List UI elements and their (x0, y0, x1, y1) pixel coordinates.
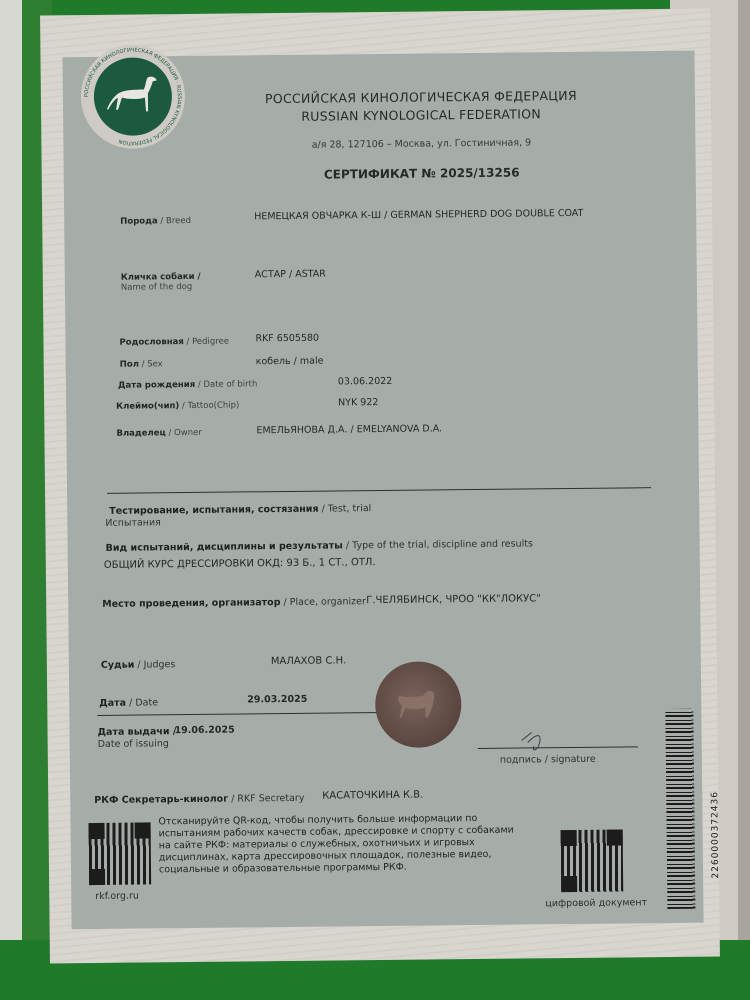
digital-document-qr-code[interactable] (561, 829, 624, 892)
seal-dog-icon (375, 661, 462, 748)
judges-label: Судьи / Judges (101, 659, 176, 671)
background-left-edge (0, 0, 22, 940)
rkf-site-qr-code[interactable] (89, 822, 152, 885)
signature-label: подпись / signature (500, 754, 596, 766)
place-value: Г.ЧЕЛЯБИНСК, ЧРОО "КК"ЛОКУС" (366, 593, 541, 606)
sex-label: Пол / Sex (120, 359, 163, 369)
test-value: Испытания (105, 517, 161, 529)
digital-document-label: цифровой документ (545, 897, 647, 909)
pedigree-value: RKF 6505580 (255, 333, 319, 345)
date-label: Дата / Date (99, 697, 158, 709)
dog-name-value: АСТАР / ASTAR (255, 269, 326, 281)
secretary-value: КАСАТОЧКИНА К.В. (322, 790, 423, 802)
owner-value: ЕМЕЛЬЯНОВА Д.А. / EMELYANOVA D.A. (256, 423, 442, 436)
barcode-number: 2260000372436 (710, 791, 721, 879)
chip-value: NYK 922 (338, 397, 378, 408)
issue-date-label: Дата выдачи /Date of issuing (98, 726, 177, 751)
sex-value: кобель / male (256, 356, 324, 368)
owner-label: Владелец / Owner (116, 428, 202, 439)
official-seal (375, 661, 462, 748)
dog-name-label: Кличка собаки /Name of the dog (121, 272, 201, 293)
judges-value: МАЛАХОВ С.Н. (271, 655, 347, 667)
logo-ring-text: РОССИЙСКАЯ КИНОЛОГИЧЕСКАЯ ФЕДЕРАЦИЯ · RU… (80, 44, 185, 149)
qr-description: Отсканируйте QR-код, чтобы получить боль… (158, 813, 519, 877)
dob-label: Дата рождения / Date of birth (118, 379, 258, 390)
issue-date-value: 19.06.2025 (174, 725, 234, 737)
breed-label: Порода / Breed (120, 216, 191, 227)
secretary-label: РКФ Секретарь-кинолог / RKF Secretary (94, 793, 304, 806)
pedigree-label: Родословная / Pedigree (119, 337, 229, 348)
rkf-site-link[interactable]: rkf.org.ru (95, 891, 139, 902)
barcode (665, 709, 695, 909)
signature-mark (518, 728, 558, 754)
date-value: 29.03.2025 (247, 694, 307, 706)
chip-label: Клеймо(чип) / Tattoo(Chip) (116, 400, 239, 411)
certificate-paper: РОССИЙСКАЯ КИНОЛОГИЧЕСКАЯ ФЕДЕРАЦИЯ · RU… (40, 9, 720, 964)
svg-text:РОССИЙСКАЯ КИНОЛОГИЧЕСКАЯ ФЕДЕ: РОССИЙСКАЯ КИНОЛОГИЧЕСКАЯ ФЕДЕРАЦИЯ · RU… (83, 47, 182, 146)
dob-value: 03.06.2022 (338, 376, 393, 388)
rkf-logo: РОССИЙСКАЯ КИНОЛОГИЧЕСКАЯ ФЕДЕРАЦИЯ · RU… (80, 44, 185, 149)
